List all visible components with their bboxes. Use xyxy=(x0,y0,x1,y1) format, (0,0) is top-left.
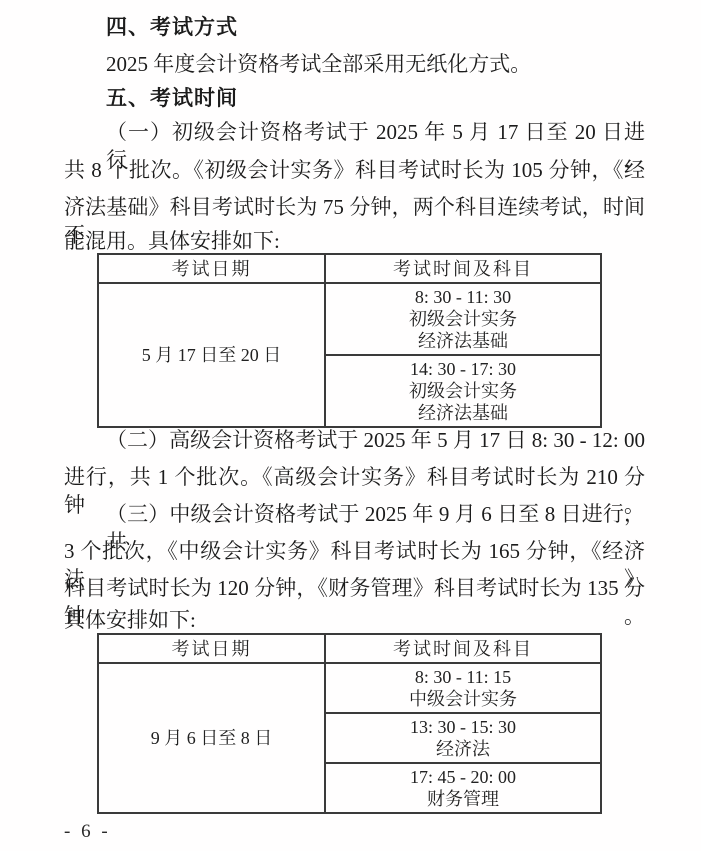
session-subject: 初级会计实务 xyxy=(326,380,600,402)
table-header-exam-time-subject: 考试时间及科目 xyxy=(325,254,601,283)
table-row: 5 月 17 日至 20 日 8: 30 - 11: 30 初级会计实务 经济法… xyxy=(98,283,601,355)
session-time: 8: 30 - 11: 30 xyxy=(326,286,600,308)
table-header-row: 考试日期 考试时间及科目 xyxy=(98,254,601,283)
session-subject: 经济法 xyxy=(326,738,600,760)
session-time: 13: 30 - 15: 30 xyxy=(326,716,600,738)
exam-date-cell: 9 月 6 日至 8 日 xyxy=(98,663,325,813)
table-header-exam-date: 考试日期 xyxy=(98,254,325,283)
session-subject: 经济法基础 xyxy=(326,330,600,352)
session-subject: 经济法基础 xyxy=(326,402,600,424)
session-time: 14: 30 - 17: 30 xyxy=(326,358,600,380)
session-cell-afternoon: 13: 30 - 15: 30 经济法 xyxy=(325,713,601,763)
session-cell-afternoon: 14: 30 - 17: 30 初级会计实务 经济法基础 xyxy=(325,355,601,427)
section-heading-exam-method: 四、考试方式 xyxy=(64,14,645,42)
session-subject: 中级会计实务 xyxy=(326,688,600,710)
session-cell-evening: 17: 45 - 20: 00 财务管理 xyxy=(325,763,601,813)
paragraph-senior-line-1: （二）高级会计资格考试于 2025 年 5 月 17 日 8: 30 - 12:… xyxy=(64,426,645,454)
session-cell-morning: 8: 30 - 11: 15 中级会计实务 xyxy=(325,663,601,713)
session-time: 8: 30 - 11: 15 xyxy=(326,666,600,688)
table-row: 9 月 6 日至 8 日 8: 30 - 11: 15 中级会计实务 xyxy=(98,663,601,713)
junior-exam-schedule-table: 考试日期 考试时间及科目 5 月 17 日至 20 日 8: 30 - 11: … xyxy=(97,253,602,428)
page-number: - 6 - xyxy=(64,820,111,844)
intermediate-exam-schedule-table: 考试日期 考试时间及科目 9 月 6 日至 8 日 8: 30 - 11: 15… xyxy=(97,633,602,814)
table-header-exam-time-subject: 考试时间及科目 xyxy=(325,634,601,663)
table-header-exam-date: 考试日期 xyxy=(98,634,325,663)
paragraph-intermediate-line-4: 具体安排如下: xyxy=(64,606,645,634)
paragraph-junior-line-4: 能混用。具体安排如下: xyxy=(64,227,645,255)
session-subject: 初级会计实务 xyxy=(326,308,600,330)
session-cell-morning: 8: 30 - 11: 30 初级会计实务 经济法基础 xyxy=(325,283,601,355)
session-time: 17: 45 - 20: 00 xyxy=(326,766,600,788)
scanned-document-page: 四、考试方式 2025 年度会计资格考试全部采用无纸化方式。 五、考试时间 （一… xyxy=(0,0,701,851)
paragraph-junior-line-2: 共 8 个批次。《初级会计实务》科目考试时长为 105 分钟，《经 xyxy=(64,156,645,184)
table-header-row: 考试日期 考试时间及科目 xyxy=(98,634,601,663)
exam-date-cell: 5 月 17 日至 20 日 xyxy=(98,283,325,427)
paragraph-exam-method: 2025 年度会计资格考试全部采用无纸化方式。 xyxy=(64,50,645,78)
session-subject: 财务管理 xyxy=(326,788,600,810)
section-heading-exam-time: 五、考试时间 xyxy=(64,85,645,113)
